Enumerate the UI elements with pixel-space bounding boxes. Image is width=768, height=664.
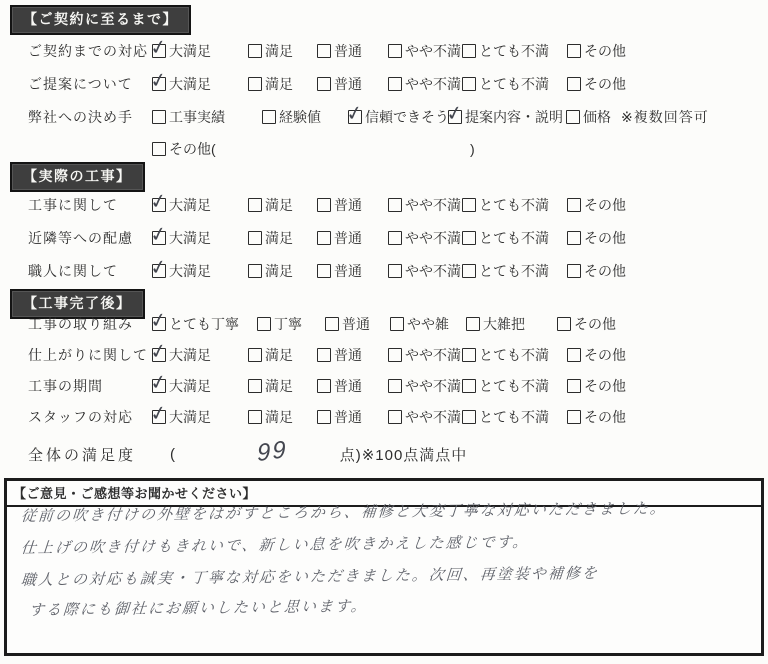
checkbox-option[interactable]: とても丁寧 [152,314,257,334]
option-label: 信頼できそう [365,107,449,127]
option-label: 満足 [265,195,293,215]
option-label: とても不満 [479,376,549,396]
checkbox-option[interactable]: 工事実績 [152,107,262,127]
checkbox-option[interactable]: とても不満 [462,195,567,215]
checkbox-option[interactable]: 普通 [317,228,388,248]
option-label: 普通 [334,345,362,365]
checkbox-option[interactable]: 大満足 [152,345,248,365]
option-label: その他 [584,228,626,248]
option-label: 満足 [265,261,293,281]
checkbox-icon[interactable] [462,231,476,245]
checkbox-icon[interactable] [317,77,331,91]
question-label: ご提案について [28,74,152,94]
checkbox-option[interactable]: 普通 [317,261,388,281]
option-label: 普通 [334,261,362,281]
checkbox-option[interactable]: 大雑把 [466,314,557,334]
checkbox-icon[interactable] [388,44,402,58]
option-label: その他 [584,195,626,215]
option-label: その他 [584,261,626,281]
checkbox-icon[interactable] [348,110,362,124]
checkbox-option[interactable]: やや不満 [388,345,462,365]
question-label: 弊社への決め手 [28,107,152,127]
checkbox-option[interactable]: 満足 [248,195,317,215]
checkbox-icon[interactable] [388,348,402,362]
checkbox-icon[interactable] [152,264,166,278]
option-label: 満足 [265,345,293,365]
checkbox-icon[interactable] [317,198,331,212]
checkbox-option[interactable]: やや不満 [388,228,462,248]
option-label: とても不満 [479,261,549,281]
checkbox-icon[interactable] [152,231,166,245]
option-label: 大満足 [169,195,211,215]
checkbox-icon[interactable] [462,77,476,91]
checkbox-option[interactable]: 満足 [248,228,317,248]
checkbox-icon[interactable] [567,379,581,393]
checkbox-option[interactable]: その他 [557,314,616,334]
checkbox-option[interactable]: 信頼できそう [348,107,448,127]
checkbox-icon[interactable] [462,44,476,58]
checkbox-option[interactable]: やや不満 [388,376,462,396]
checkbox-option[interactable]: 満足 [248,376,317,396]
checkbox-option[interactable]: 普通 [317,407,388,427]
option-label: 普通 [334,228,362,248]
checkbox-icon[interactable] [388,410,402,424]
checkbox-option[interactable]: その他( [152,139,470,159]
question-label: スタッフの対応 [28,407,152,427]
question-row-duration: 工事の期間 大満足 満足 普通 やや不満 とても不満 その他 [28,377,764,395]
checkbox-option[interactable]: 満足 [248,41,317,61]
checkbox-icon[interactable] [567,410,581,424]
checkbox-option[interactable]: 普通 [317,74,388,94]
question-label: 仕上がりに関して [28,345,152,365]
checkbox-icon[interactable] [462,264,476,278]
checkbox-icon[interactable] [152,317,166,331]
option-label: とても不満 [479,345,549,365]
option-label: 満足 [265,376,293,396]
option-label: 大満足 [169,407,211,427]
question-row-construction: 工事に関して 大満足 満足 普通 やや不満 とても不満 その他 [28,196,764,214]
option-label: 普通 [334,74,362,94]
question-row-craftsmen: 職人に関して 大満足 満足 普通 やや不満 とても不満 その他 [28,262,764,280]
option-label: 大満足 [169,261,211,281]
option-label: その他( [169,139,216,159]
question-label: 近隣等への配慮 [28,228,152,248]
option-label: その他 [584,407,626,427]
checkbox-option[interactable]: その他 [567,74,626,94]
checkbox-option[interactable]: 満足 [248,345,317,365]
checkbox-option[interactable]: 大満足 [152,261,248,281]
checkbox-option[interactable]: 大満足 [152,228,248,248]
option-label: やや不満 [405,261,461,281]
checkbox-icon[interactable] [466,317,480,331]
overall-label: 全体の満足度 [28,444,170,465]
checkbox-icon[interactable] [566,110,580,124]
option-label: 普通 [342,314,370,334]
option-label: 満足 [265,74,293,94]
checkbox-icon[interactable] [388,264,402,278]
checkbox-icon[interactable] [248,77,262,91]
checkbox-icon[interactable] [325,317,339,331]
question-row-work-effort: 工事の取り組み とても丁寧 丁寧 普通 やや雑 大雑把 その他 [28,315,764,333]
checkbox-icon[interactable] [567,348,581,362]
checkbox-option[interactable]: 普通 [317,376,388,396]
overall-score-suffix: 点)※100点満点中 [340,444,468,465]
option-label: とても不満 [479,74,549,94]
checkbox-option[interactable]: 大満足 [152,195,248,215]
checkbox-option[interactable]: 丁寧 [257,314,325,334]
checkbox-icon[interactable] [317,410,331,424]
handwritten-comment-line: 仕上げの吹き付けもきれいで、新しい息を吹きかえした感じです。 [20,528,756,558]
question-label: 工事の期間 [28,376,152,396]
checkbox-icon[interactable] [248,44,262,58]
option-label: その他 [584,41,626,61]
checkbox-icon[interactable] [388,198,402,212]
option-label: 普通 [334,376,362,396]
checkbox-icon[interactable] [567,44,581,58]
checkbox-icon[interactable] [248,348,262,362]
question-label: ご契約までの対応 [28,41,152,61]
checkbox-icon[interactable] [317,231,331,245]
checkbox-option[interactable]: その他 [567,195,626,215]
checkbox-option[interactable]: 満足 [248,74,317,94]
question-label: 職人に関して [28,261,152,281]
option-label: 大満足 [169,228,211,248]
checkbox-icon[interactable] [152,77,166,91]
question-row-finish: 仕上がりに関して 大満足 満足 普通 やや不満 とても不満 その他 [28,346,764,364]
checkbox-icon[interactable] [152,198,166,212]
checkbox-icon[interactable] [317,348,331,362]
checkbox-option[interactable]: 大満足 [152,74,248,94]
question-label: 工事の取り組み [28,314,152,334]
checkbox-option[interactable]: その他 [567,41,626,61]
checkbox-option[interactable]: とても不満 [462,74,567,94]
checkbox-option[interactable]: 大満足 [152,41,248,61]
question-row-proposal: ご提案について 大満足 満足 普通 やや不満 とても不満 その他 [28,75,764,93]
option-label: 提案内容・説明 [465,107,563,127]
checkbox-option[interactable]: 普通 [325,314,390,334]
option-label: その他 [574,314,616,334]
option-label: 満足 [265,407,293,427]
option-label: 大満足 [169,41,211,61]
checkbox-icon[interactable] [152,142,166,156]
checkbox-option[interactable]: その他 [567,228,626,248]
question-row-staff: スタッフの対応 大満足 満足 普通 やや不満 とても不満 その他 [28,408,764,426]
option-label: その他 [584,345,626,365]
checkbox-icon[interactable] [388,231,402,245]
checkbox-icon[interactable] [462,348,476,362]
checkbox-icon[interactable] [448,110,462,124]
checkbox-icon[interactable] [317,379,331,393]
checkbox-option[interactable]: とても不満 [462,261,567,281]
option-label: 普通 [334,41,362,61]
close-paren: ) [470,141,475,157]
option-label: とても不満 [479,407,549,427]
checkbox-option[interactable]: その他 [567,376,626,396]
checkbox-icon[interactable] [462,410,476,424]
question-row-contract-response: ご契約までの対応 大満足 満足 普通 やや不満 とても不満 その他 [28,42,764,60]
checkbox-option[interactable]: 普通 [317,41,388,61]
checkbox-icon[interactable] [567,264,581,278]
checkbox-option[interactable]: 大満足 [152,376,248,396]
checkbox-icon[interactable] [557,317,571,331]
checkbox-icon[interactable] [462,379,476,393]
comments-box: 【ご意見・ご感想等お聞かせください】 従前の吹き付けの外壁をはがすところから、補… [4,478,764,656]
checkbox-icon[interactable] [390,317,404,331]
checkbox-option[interactable]: 普通 [317,345,388,365]
option-label: やや雑 [407,314,449,334]
option-label: 満足 [265,41,293,61]
checkbox-icon[interactable] [152,410,166,424]
checkbox-option[interactable]: やや雑 [390,314,466,334]
checkbox-option[interactable]: やや不満 [388,74,462,94]
option-label: とても丁寧 [169,314,239,334]
checkbox-icon[interactable] [317,44,331,58]
checkbox-icon[interactable] [248,198,262,212]
question-row-neighbors: 近隣等への配慮 大満足 満足 普通 やや不満 とても不満 その他 [28,229,764,247]
option-label: やや不満 [405,195,461,215]
checkbox-option[interactable]: やや不満 [388,195,462,215]
checkbox-icon[interactable] [152,110,166,124]
checkbox-icon[interactable] [152,44,166,58]
question-row-other-freeform: その他( ) [28,140,764,158]
option-label: その他 [584,376,626,396]
checkbox-icon[interactable] [152,348,166,362]
handwritten-comment-line: 職人との対応も誠実・丁寧な対応をいただきました。次回、再塗装や補修を [20,560,756,590]
option-label: とても不満 [479,228,549,248]
section-title-contract: 【ご契約に至るまで】 [10,5,191,35]
option-label: やや不満 [405,74,461,94]
checkbox-option[interactable]: その他 [567,407,626,427]
checkbox-icon[interactable] [388,77,402,91]
checkbox-option[interactable]: その他 [567,261,626,281]
question-label: 工事に関して [28,195,152,215]
section-title-actual-work: 【実際の工事】 [10,162,145,192]
question-row-deciding-factor: 弊社への決め手 工事実績 経験値 信頼できそう 提案内容・説明 価格 ※複数回答… [28,108,764,126]
checkbox-icon[interactable] [462,198,476,212]
checkbox-option[interactable]: やや不満 [388,261,462,281]
checkbox-icon[interactable] [248,231,262,245]
checkbox-icon[interactable] [257,317,271,331]
option-label: 大満足 [169,74,211,94]
option-label: とても不満 [479,41,549,61]
option-label: やや不満 [405,41,461,61]
checkbox-option[interactable]: その他 [567,345,626,365]
checkbox-option[interactable]: 大満足 [152,407,248,427]
checkbox-icon[interactable] [567,231,581,245]
checkbox-option[interactable]: とても不満 [462,407,567,427]
option-label: 価格 [583,107,611,127]
option-label: 満足 [265,228,293,248]
option-label: 普通 [334,407,362,427]
checkbox-icon[interactable] [152,379,166,393]
checkbox-icon[interactable] [248,410,262,424]
checkbox-option[interactable]: 満足 [248,261,317,281]
option-label: 丁寧 [274,314,302,334]
checkbox-option[interactable]: とても不満 [462,345,567,365]
checkbox-icon[interactable] [567,77,581,91]
overall-satisfaction-row: 全体の満足度 ( 99 点)※100点満点中 [28,441,764,467]
checkbox-option[interactable]: とても不満 [462,376,567,396]
checkbox-option[interactable]: とても不満 [462,41,567,61]
option-label: やや不満 [405,376,461,396]
option-label: 大雑把 [483,314,525,334]
checkbox-icon[interactable] [248,264,262,278]
option-label: 経験値 [279,107,321,127]
option-label: その他 [584,74,626,94]
overall-score-value[interactable]: 99 [257,436,288,468]
option-label: やや不満 [405,345,461,365]
open-paren: ( [170,446,175,463]
checkbox-icon[interactable] [567,198,581,212]
option-label: 工事実績 [169,107,225,127]
checkbox-option[interactable]: 価格 [566,107,621,127]
checkbox-option[interactable]: やや不満 [388,41,462,61]
option-label: やや不満 [405,228,461,248]
option-label: 大満足 [169,376,211,396]
checkbox-option[interactable]: 普通 [317,195,388,215]
checkbox-option[interactable]: 満足 [248,407,317,427]
option-label: とても不満 [479,195,549,215]
option-label: 大満足 [169,345,211,365]
handwritten-comment-line: する際にも御社にお願いしたいと思います。 [28,590,756,620]
checkbox-option[interactable]: とても不満 [462,228,567,248]
checkbox-icon[interactable] [262,110,276,124]
checkbox-icon[interactable] [317,264,331,278]
option-label: 普通 [334,195,362,215]
checkbox-icon[interactable] [248,379,262,393]
checkbox-option[interactable]: 経験値 [262,107,348,127]
checkbox-option[interactable]: 提案内容・説明 [448,107,566,127]
checkbox-icon[interactable] [388,379,402,393]
option-label: やや不満 [405,407,461,427]
checkbox-option[interactable]: やや不満 [388,407,462,427]
multi-answer-note: ※複数回答可 [621,107,709,127]
